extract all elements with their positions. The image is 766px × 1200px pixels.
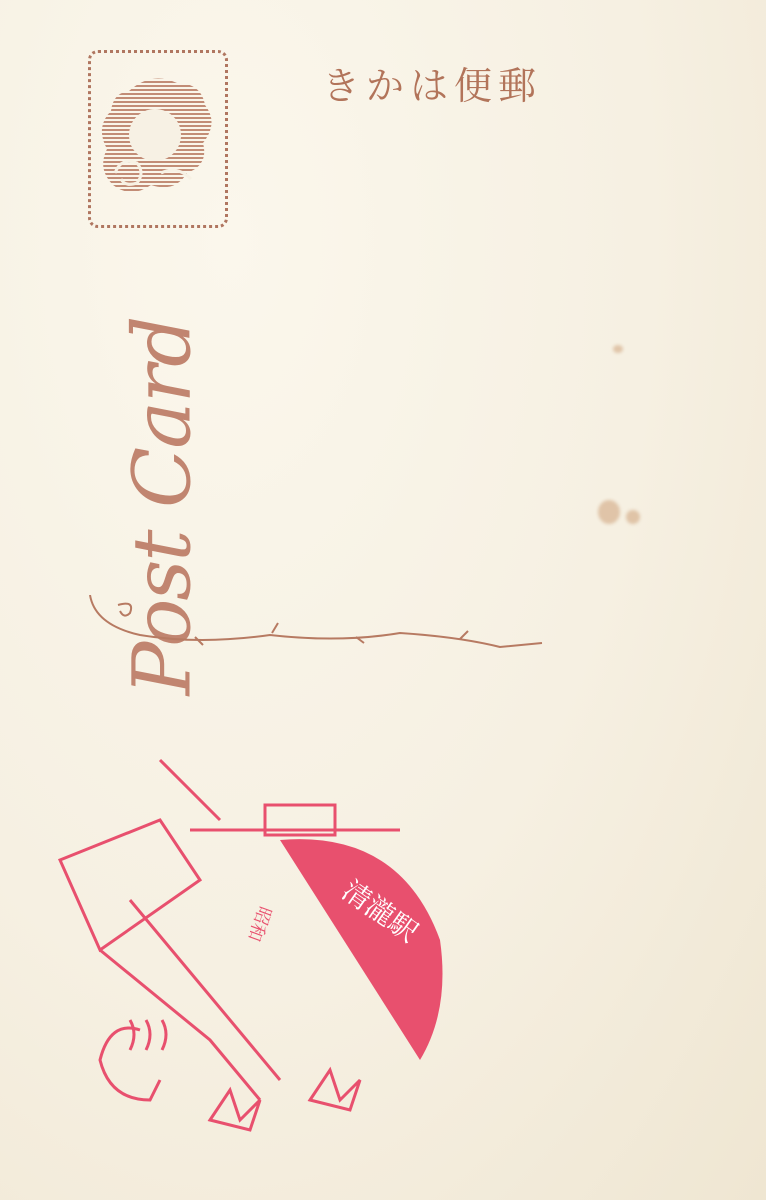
- paper-stain: [598, 500, 620, 524]
- stamp-placement-box: [88, 50, 228, 228]
- commemorative-postmark: 清瀧駅 昭和: [40, 720, 460, 1160]
- postcard: きかは便郵 Post Card: [0, 0, 766, 1200]
- era-label: 昭和: [243, 903, 275, 944]
- camellia-flower-icon: [91, 53, 225, 225]
- maple-leaf-icon: [210, 1070, 360, 1130]
- decorative-vine-divider: [80, 595, 550, 665]
- paper-stain: [613, 345, 623, 353]
- paper-stain: [626, 510, 640, 524]
- header-text: きかは便郵: [322, 55, 542, 110]
